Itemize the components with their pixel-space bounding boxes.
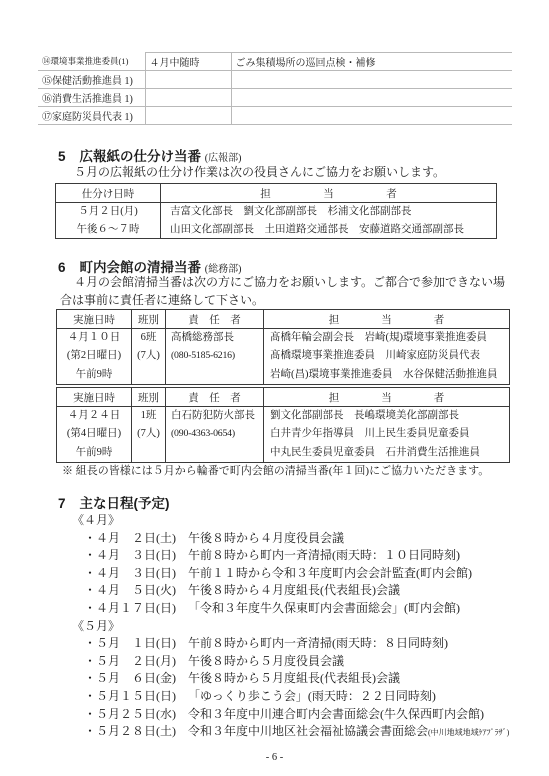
- group-line: (7人): [132, 425, 165, 443]
- date-line: ４月１０日: [57, 329, 131, 347]
- item-desc: 午後８時から４月度組長(代表組長)会議: [188, 583, 400, 597]
- section6-intro: ４月の会館清掃当番は次の方にご協力をお願いします。ご都合で参加できない場 合は事…: [60, 274, 505, 309]
- schedule-list: 《４月》 ・４月 ２日(土)午後８時から４月度役員会議 ・４月 ３日(日)午前８…: [72, 512, 522, 742]
- table-row: ⑯消費生活推進員 1): [38, 89, 512, 107]
- header-staff: 担 当 者: [161, 184, 497, 203]
- item-desc: 午前１１時から令和３年度町内会会計監査(町内会館): [188, 566, 472, 580]
- task-cell: [231, 107, 512, 125]
- staff-cell: 劉文化部副部長 長嶋環境美化部副部長 白井青少年指導員 川上民生委員児童委員 中…: [264, 407, 510, 463]
- staff-cell: 吉富文化部長 劉文化部副部長 杉浦文化部副部長 山田文化部副部長 土田道路交通部…: [161, 203, 497, 239]
- header-group: 班別: [132, 388, 166, 407]
- item-date: ・５月１５日(日): [84, 688, 188, 706]
- role-label-cell: ⑯消費生活推進員 1): [38, 89, 145, 107]
- month-april-label: 《４月》: [72, 512, 522, 530]
- group-line: (7人): [132, 347, 165, 365]
- date-cell: ４月２４日 (第4日曜日) 午前9時: [57, 407, 132, 463]
- schedule-item: ・４月１７日(日)「令和３年度牛久保東町内会書面総会」(町内会館): [72, 600, 522, 618]
- staff-line: 髙橋環境事業推進委員 川崎家庭防災員代表: [270, 347, 509, 365]
- item-date: ・４月 ５日(火): [84, 582, 188, 600]
- header-date: 実施日時: [57, 388, 132, 407]
- table-row: ５月２日(月) 午後６～７時 吉富文化部長 劉文化部副部長 杉浦文化部副部長 山…: [56, 203, 497, 239]
- item-desc: 午前８時から町内一斉清掃(雨天時：８日同時刻): [188, 636, 448, 650]
- role-label-cell: ⑰家庭防災員代表 1): [38, 107, 145, 125]
- section6-heading: 6町内会館の清掃当番 (総務部): [58, 256, 241, 276]
- month-may-label: 《５月》: [72, 618, 522, 636]
- manager-cell: 高橋総務部長 (080-5185-6216): [166, 329, 264, 385]
- item-desc: 午後８時から５月度役員会議: [188, 654, 344, 668]
- date-line: ４月２４日: [57, 407, 131, 425]
- schedule-item: ・４月 ２日(土)午後８時から４月度役員会議: [72, 530, 522, 548]
- item-date: ・５月 ２日(月): [84, 653, 188, 671]
- document-page: ⑭環境事業推進委員(1) ４月中随時 ごみ集積場所の巡回点検・補修 ⑮保健活動推…: [0, 0, 549, 776]
- manager-cell: 白石防犯防火部長 (090-4363-0654): [166, 407, 264, 463]
- intro-line: ４月の会館清掃当番は次の方にご協力をお願いします。ご都合で参加できない場: [60, 274, 505, 292]
- table-row: ⑰家庭防災員代表 1): [38, 107, 512, 125]
- item-desc: 「令和３年度牛久保東町内会書面総会」(町内会館): [188, 601, 460, 615]
- staff-line: 吉富文化部長 劉文化部副部長 杉浦文化部副部長: [170, 203, 496, 221]
- schedule-cell: [145, 107, 231, 125]
- role-label-cell: ⑭環境事業推進委員(1): [38, 53, 145, 71]
- schedule-cell: [145, 89, 231, 107]
- header-staff: 担 当 者: [264, 388, 510, 407]
- item-date: ・５月２８日(土): [84, 723, 188, 741]
- item-desc: 令和３年度中川地区社会福祉協議会書面総会: [188, 724, 428, 738]
- header-datetime: 仕分け日時: [56, 184, 161, 203]
- schedule-item: ・５月 ２日(月)午後８時から５月度役員会議: [72, 653, 522, 671]
- date-line: 午前9時: [57, 366, 131, 384]
- datetime-line: ５月２日(月): [56, 203, 160, 221]
- date-line: (第4日曜日): [57, 425, 131, 443]
- datetime-cell: ５月２日(月) 午後６～７時: [56, 203, 161, 239]
- manager-name: 高橋総務部長: [171, 329, 263, 347]
- section-title: 主な日程(予定): [80, 496, 170, 511]
- cleaning-rotation-note: ※ 組長の皆様には５月から輪番で町内会館の清掃当番(年１回)にご協力いただきます…: [62, 462, 489, 478]
- item-desc: 令和３年度中川連合町内会書面総会(牛久保西町内会館): [188, 707, 484, 721]
- item-date: ・４月１７日(日): [84, 600, 188, 618]
- item-date: ・４月 ３日(日): [84, 565, 188, 583]
- section-number: 6: [58, 260, 66, 275]
- date-line: (第2日曜日): [57, 347, 131, 365]
- item-date: ・４月 ２日(土): [84, 530, 188, 548]
- header-manager: 責 任 者: [166, 310, 264, 329]
- schedule-cell: ４月中随時: [145, 53, 231, 71]
- date-line: 午前9時: [57, 444, 131, 462]
- table-row: ⑮保健活動推進員 1): [38, 71, 512, 89]
- table-row: ４月２４日 (第4日曜日) 午前9時 1班 (7人) 白石防犯防火部長 (090…: [57, 407, 510, 463]
- role-label-cell: ⑮保健活動推進員 1): [38, 71, 145, 89]
- section-number: 7: [58, 496, 66, 511]
- staff-cell: 髙橋年輪会副会長 岩崎(規)環境事業推進委員 髙橋環境事業推進委員 川崎家庭防災…: [264, 329, 510, 385]
- header-group: 班別: [132, 310, 166, 329]
- item-desc: 午後８時から５月度組長(代表組長)会議: [188, 671, 400, 685]
- schedule-item: ・５月 １日(日)午前８時から町内一斉清掃(雨天時：８日同時刻): [72, 635, 522, 653]
- item-desc-venue-small: (中川地域地域ｹｱﾌﾟﾗｻﾞ): [428, 728, 509, 737]
- cleaning-duty-table-1: 実施日時 班別 責 任 者 担 当 者 ４月１０日 (第2日曜日) 午前9時 6…: [56, 309, 510, 385]
- header-manager: 責 任 者: [166, 388, 264, 407]
- manager-phone: (080-5185-6216): [171, 347, 263, 365]
- schedule-item: ・４月 ５日(火)午後８時から４月度組長(代表組長)会議: [72, 582, 522, 600]
- staff-line: 白井青少年指導員 川上民生委員児童委員: [270, 425, 509, 443]
- staff-line: 中丸民生委員児童委員 石井消費生活推進員: [270, 444, 509, 462]
- intro-line: 合は事前に責任者に連絡して下さい。: [60, 292, 505, 310]
- section-number: 5: [58, 149, 66, 164]
- section-title: 広報紙の仕分け当番: [80, 149, 202, 164]
- header-staff: 担 当 者: [264, 310, 510, 329]
- item-desc: 午後８時から４月度役員会議: [188, 531, 344, 545]
- table-row: ⑭環境事業推進委員(1) ４月中随時 ごみ集積場所の巡回点検・補修: [38, 53, 512, 71]
- date-cell: ４月１０日 (第2日曜日) 午前9時: [57, 329, 132, 385]
- schedule-item: ・５月１５日(日)「ゆっくり歩こう会」(雨天時：２２日同時刻): [72, 688, 522, 706]
- item-date: ・４月 ３日(日): [84, 547, 188, 565]
- staff-line: 劉文化部副部長 長嶋環境美化部副部長: [270, 407, 509, 425]
- table-header-row: 実施日時 班別 責 任 者 担 当 者: [57, 310, 510, 329]
- carryover-committee-table: ⑭環境事業推進委員(1) ４月中随時 ごみ集積場所の巡回点検・補修 ⑮保健活動推…: [38, 52, 512, 125]
- table-header-row: 実施日時 班別 責 任 者 担 当 者: [57, 388, 510, 407]
- staff-line: 山田文化部副部長 土田道路交通部長 安藤道路交通部副部長: [170, 221, 496, 239]
- item-desc: 午前８時から町内一斉清掃(雨天時：１０日同時刻): [188, 548, 460, 562]
- task-cell: [231, 89, 512, 107]
- header-date: 実施日時: [57, 310, 132, 329]
- section7-heading: 7主な日程(予定): [58, 492, 170, 512]
- table-row: ４月１０日 (第2日曜日) 午前9時 6班 (7人) 高橋総務部長 (080-5…: [57, 329, 510, 385]
- schedule-item: ・４月 ３日(日)午前８時から町内一斉清掃(雨天時：１０日同時刻): [72, 547, 522, 565]
- item-date: ・５月 ６日(金): [84, 670, 188, 688]
- group-line: 6班: [132, 329, 165, 347]
- item-date: ・５月２５日(水): [84, 706, 188, 724]
- group-cell: 6班 (7人): [132, 329, 166, 385]
- task-cell: ごみ集積場所の巡回点検・補修: [231, 53, 512, 71]
- schedule-item: ・５月２５日(水)令和３年度中川連合町内会書面総会(牛久保西町内会館): [72, 706, 522, 724]
- group-line: 1班: [132, 407, 165, 425]
- staff-line: 髙橋年輪会副会長 岩崎(規)環境事業推進委員: [270, 329, 509, 347]
- schedule-item: ・５月２８日(土)令和３年度中川地区社会福祉協議会書面総会(中川地域地域ｹｱﾌﾟ…: [72, 723, 522, 742]
- schedule-cell: [145, 71, 231, 89]
- table-header-row: 仕分け日時 担 当 者: [56, 184, 497, 203]
- datetime-line: 午後６～７時: [56, 221, 160, 239]
- section-dept-label: (広報部): [205, 153, 242, 164]
- cleaning-duty-table-2: 実施日時 班別 責 任 者 担 当 者 ４月２４日 (第4日曜日) 午前9時 1…: [56, 387, 510, 463]
- schedule-item: ・５月 ６日(金)午後８時から５月度組長(代表組長)会議: [72, 670, 522, 688]
- section-title: 町内会館の清掃当番: [80, 260, 202, 275]
- schedule-item: ・４月 ３日(日)午前１１時から令和３年度町内会会計監査(町内会館): [72, 565, 522, 583]
- manager-phone: (090-4363-0654): [171, 425, 263, 443]
- group-cell: 1班 (7人): [132, 407, 166, 463]
- task-cell: [231, 71, 512, 89]
- section5-heading: 5広報紙の仕分け当番 (広報部): [58, 145, 241, 165]
- page-number: - 6 -: [0, 752, 549, 763]
- manager-name: 白石防犯防火部長: [171, 407, 263, 425]
- item-date: ・５月 １日(日): [84, 635, 188, 653]
- sorting-duty-table: 仕分け日時 担 当 者 ５月２日(月) 午後６～７時 吉富文化部長 劉文化部副部…: [55, 183, 497, 239]
- item-desc: 「ゆっくり歩こう会」(雨天時：２２日同時刻): [188, 689, 436, 703]
- section5-intro: ５月の広報紙の仕分け作業は次の役員さんにご協力をお願いします。: [60, 164, 445, 182]
- staff-line: 岩崎(昌)環境事業推進委員 水谷保健活動推進員: [270, 366, 509, 384]
